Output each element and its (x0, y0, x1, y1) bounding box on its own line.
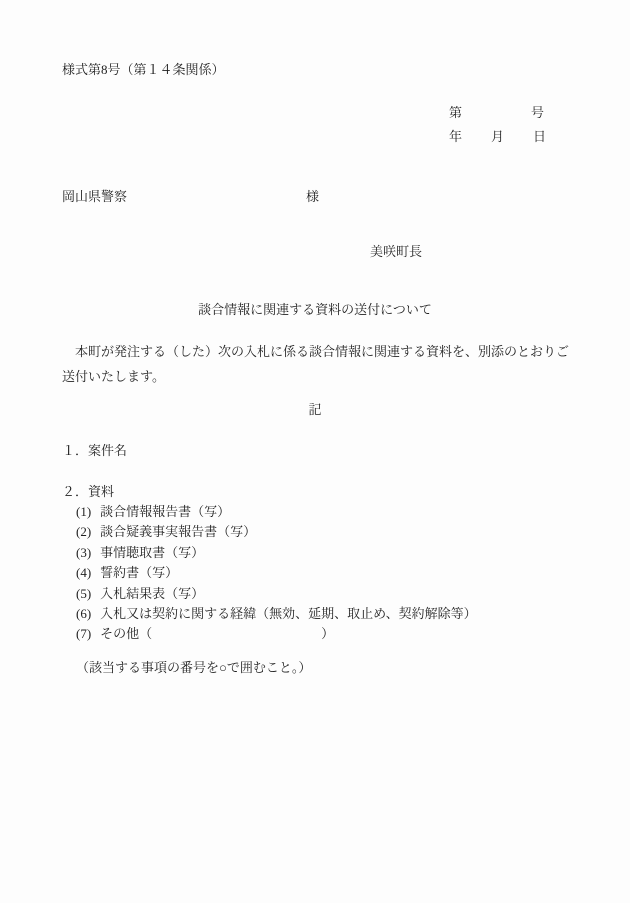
item-label: 談合情報報告書（写） (100, 502, 230, 522)
item-label: その他（ ） (100, 624, 334, 644)
date-line: 年 月 日 (449, 127, 546, 147)
item-number: (2) (76, 522, 91, 542)
item-number: (6) (76, 604, 91, 624)
list-item: (6)入札又は契約に関する経緯（無効、延期、取止め、契約解除等） (76, 604, 477, 624)
recipient-line: 岡山県警察 様 (62, 187, 319, 207)
section-heading-materials: ２．資料 (62, 482, 114, 502)
item-label: 談合疑義事実報告書（写） (100, 522, 256, 542)
item-number: (4) (76, 563, 91, 583)
item-number: (5) (76, 584, 91, 604)
list-item: (4)誓約書（写） (76, 563, 477, 583)
item-label: 事情聴取書（写） (100, 543, 204, 563)
form-number: 様式第8号（第１４条関係） (62, 60, 225, 80)
section-heading-case-name: １．案件名 (62, 441, 127, 461)
record-marker: 記 (0, 400, 630, 420)
list-item: (2)談合疑義事実報告書（写） (76, 522, 477, 542)
list-item: (3)事情聴取書（写） (76, 543, 477, 563)
circle-instruction-note: （該当する事項の番号を○で囲むこと。） (76, 658, 311, 678)
doc-number-suffix: 号 (531, 103, 544, 123)
date-day-label: 日 (533, 127, 546, 147)
item-number: (3) (76, 543, 91, 563)
document-title: 談合情報に関連する資料の送付について (0, 300, 630, 320)
item-number: (7) (76, 624, 91, 644)
item-label: 入札又は契約に関する経緯（無効、延期、取止め、契約解除等） (100, 604, 476, 624)
sender-title: 美咲町長 (370, 242, 422, 262)
date-month-label: 月 (491, 127, 504, 147)
document-page: 様式第8号（第１４条関係） 第 号 年 月 日 岡山県警察 様 美咲町長 談合情… (0, 0, 630, 903)
date-year-label: 年 (449, 127, 462, 147)
doc-number-prefix: 第 (449, 103, 462, 123)
document-number-line: 第 号 (449, 103, 544, 123)
item-number: (1) (76, 502, 91, 522)
body-paragraph: 本町が発注する（した）次の入札に係る談合情報に関連する資料を、別添のとおりご送付… (62, 339, 571, 389)
recipient-honorific: 様 (306, 187, 319, 207)
attachments-list: (1)談合情報報告書（写） (2)談合疑義事実報告書（写） (3)事情聴取書（写… (76, 502, 477, 645)
list-item: (7)その他（ ） (76, 624, 477, 644)
list-item: (5)入札結果表（写） (76, 584, 477, 604)
item-label: 誓約書（写） (100, 563, 178, 583)
list-item: (1)談合情報報告書（写） (76, 502, 477, 522)
item-label: 入札結果表（写） (100, 584, 204, 604)
recipient-name: 岡山県警察 (62, 187, 127, 207)
